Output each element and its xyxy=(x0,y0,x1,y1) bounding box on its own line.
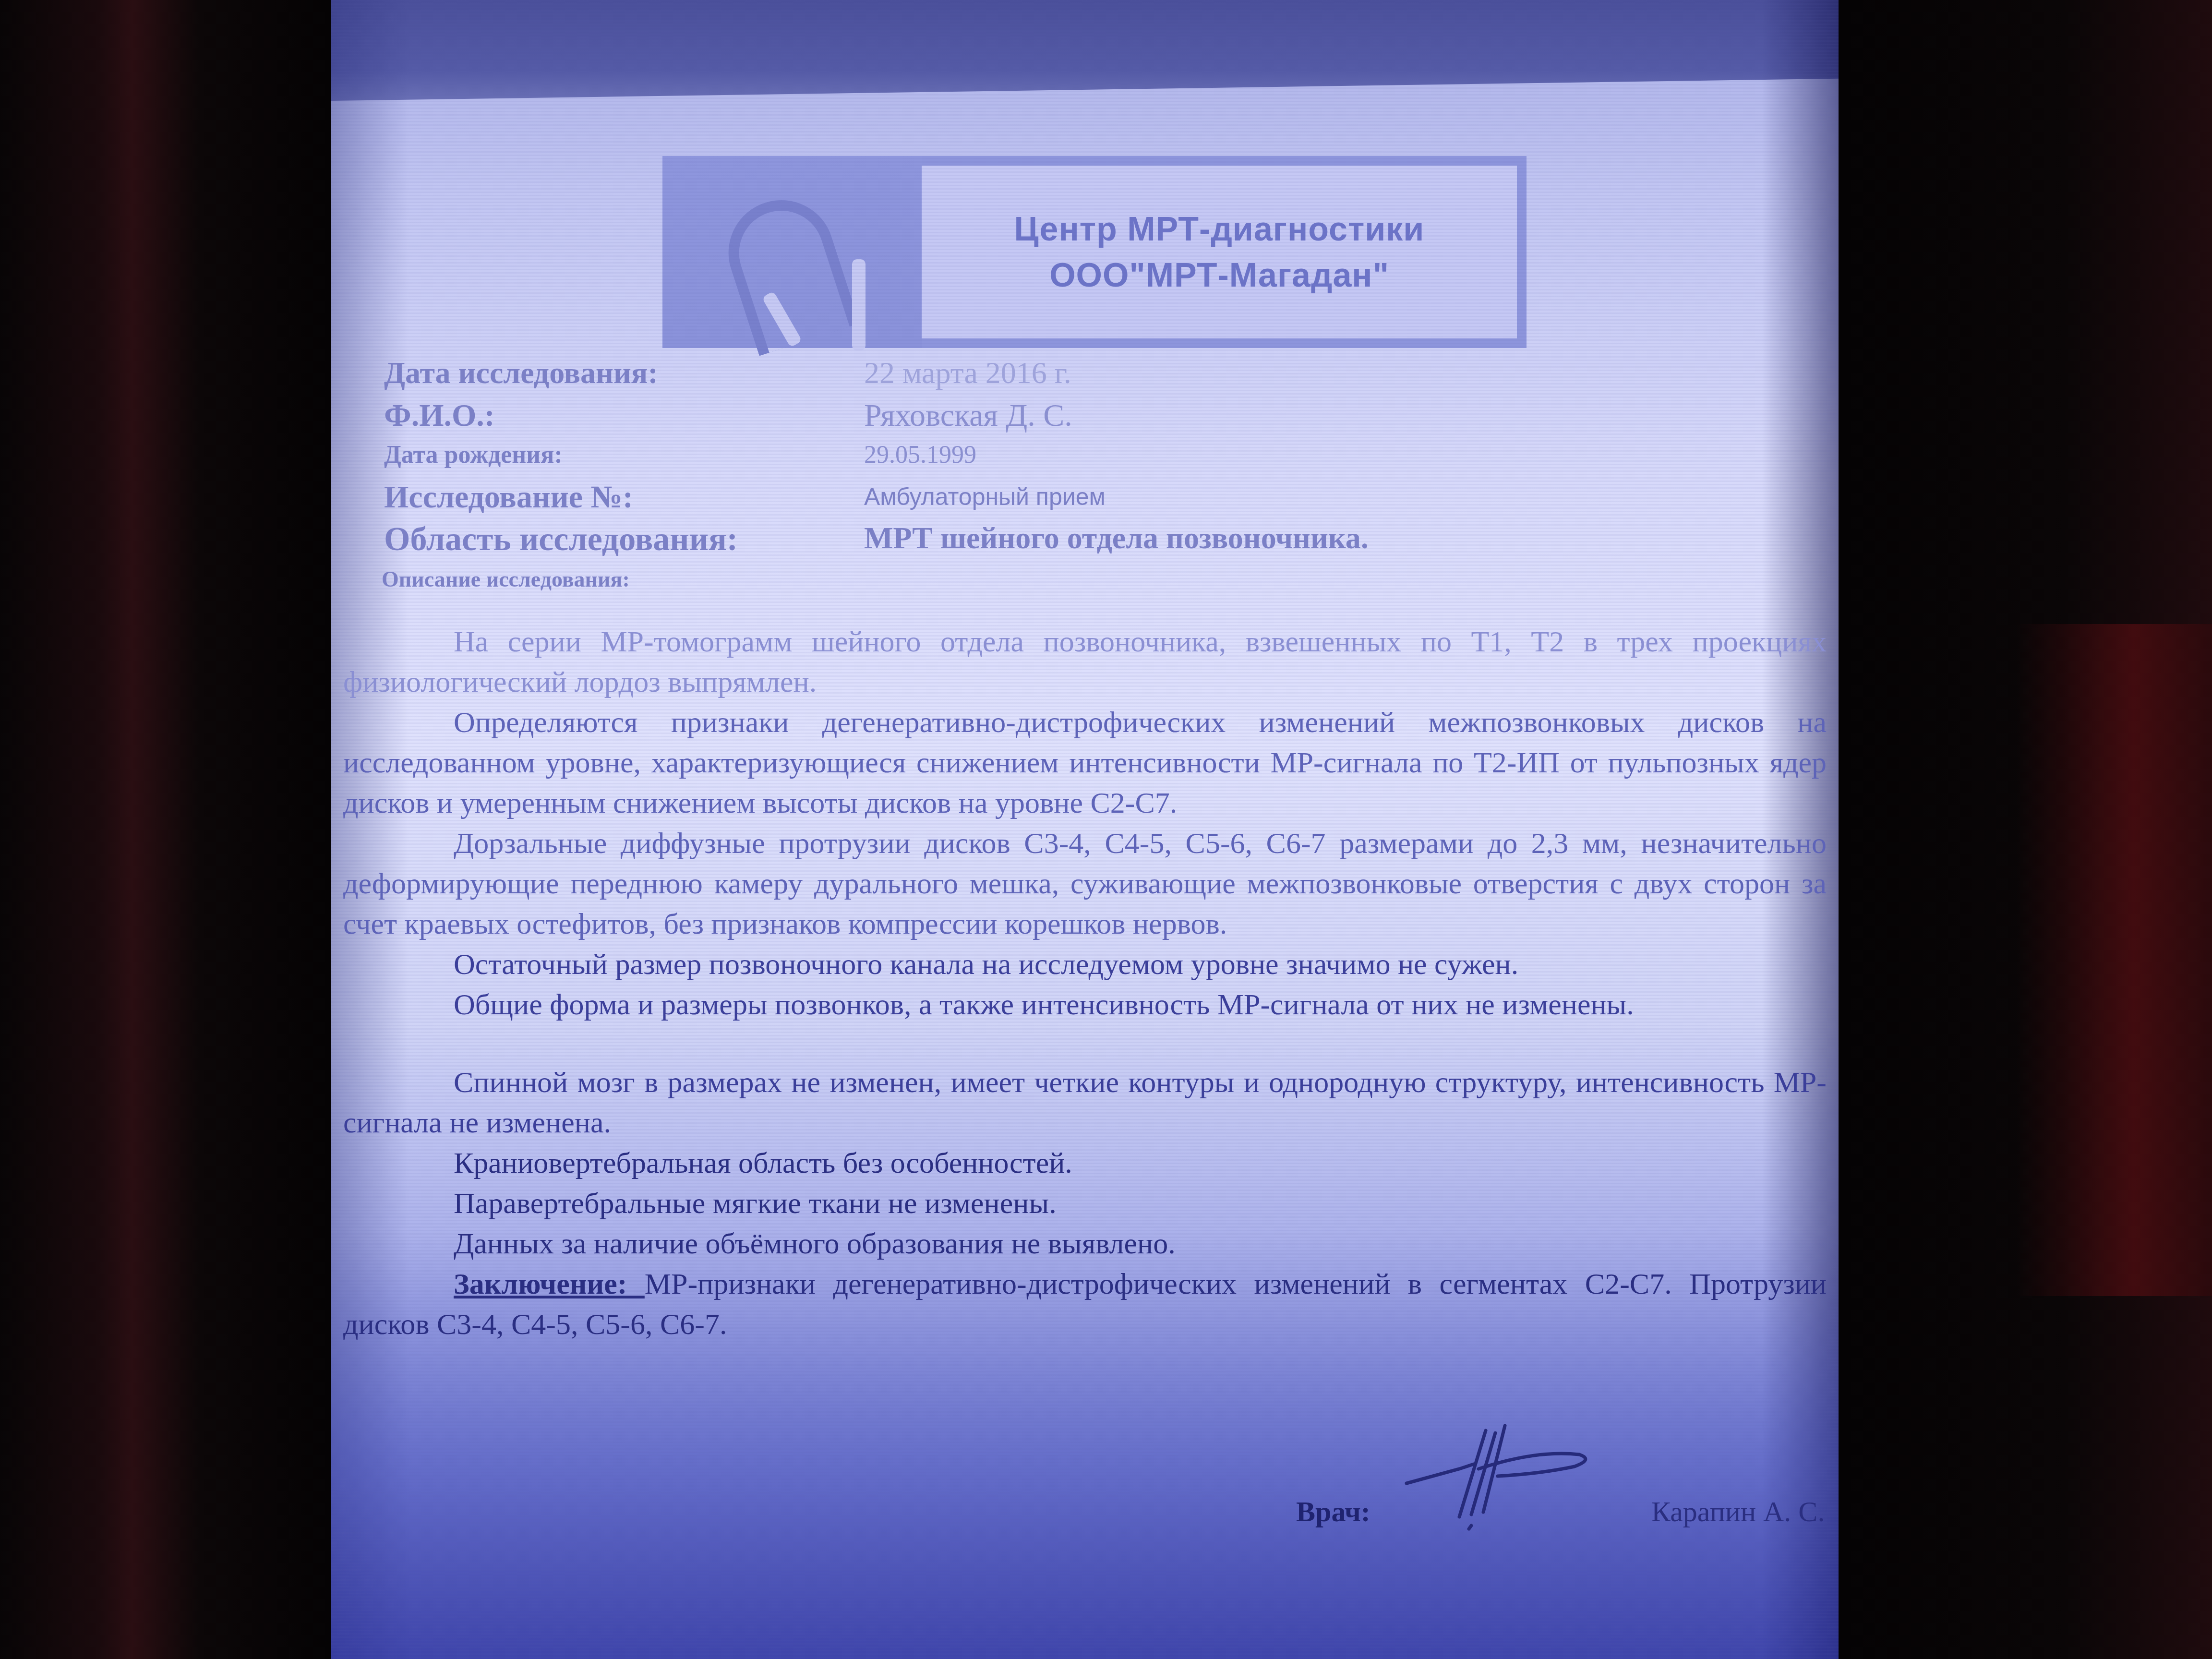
clinic-title-line-1: Центр МРТ-диагностики xyxy=(1014,206,1425,252)
doctor-name: Карапин А. С. xyxy=(1651,1495,1825,1528)
report-paragraph: Общие форма и размеры позвонков, а также… xyxy=(343,985,1827,1025)
info-label: Исследование №: xyxy=(384,479,633,516)
clinic-title: Центр МРТ-диагностики ООО"МРТ-Магадан" xyxy=(922,166,1517,338)
conclusion-label: Заключение: xyxy=(454,1268,645,1300)
doctor-label: Врач: xyxy=(1296,1495,1370,1528)
photo-background-left xyxy=(0,0,331,1659)
report-paragraph: Спинной мозг в размерах не изменен, имее… xyxy=(343,1062,1827,1143)
info-value: 29.05.1999 xyxy=(864,441,976,469)
report-paragraph: Паравертебральные мягкие ткани не измене… xyxy=(343,1183,1827,1224)
info-label: Описание исследования: xyxy=(382,566,630,592)
device-case-edge xyxy=(2016,624,2212,1296)
info-label: Дата рождения: xyxy=(384,441,563,469)
logo-highlight xyxy=(852,259,866,350)
report-paragraph: На серии МР-томограмм шейного отдела поз… xyxy=(343,622,1827,702)
conclusion: Заключение: МР-признаки дегенеративно-ди… xyxy=(343,1264,1827,1345)
report-paragraph: Определяются признаки дегенеративно-дист… xyxy=(343,702,1827,823)
info-label: Ф.И.О.: xyxy=(384,397,495,434)
signature-block: Врач: Карапин А. С. xyxy=(1296,1495,1848,1543)
report-body: На серии МР-томограмм шейного отдела поз… xyxy=(343,622,1827,1345)
info-label: Дата исследования: xyxy=(384,355,658,391)
report-paragraph: Остаточный размер позвоночного канала на… xyxy=(343,944,1827,985)
screen-top-shadow xyxy=(331,0,1839,101)
clinic-title-line-2: ООО"МРТ-Магадан" xyxy=(1049,252,1389,298)
clinic-header: Центр МРТ-диагностики ООО"МРТ-Магадан" xyxy=(662,156,1527,348)
info-value: Ряховская Д. С. xyxy=(864,397,1072,434)
report-paragraph: Данных за наличие объёмного образования … xyxy=(343,1224,1827,1264)
info-value: МРТ шейного отдела позвоночника. xyxy=(864,520,1369,556)
info-value: Амбулаторный прием xyxy=(864,483,1106,511)
info-value: 22 марта 2016 г. xyxy=(864,355,1071,391)
report-paragraph: Дорзальные диффузные протрузии дисков С3… xyxy=(343,823,1827,944)
mri-magnet-icon xyxy=(662,156,922,348)
info-label: Область исследования: xyxy=(384,520,738,559)
report-paragraph: Краниовертебральная область без особенно… xyxy=(343,1143,1827,1183)
